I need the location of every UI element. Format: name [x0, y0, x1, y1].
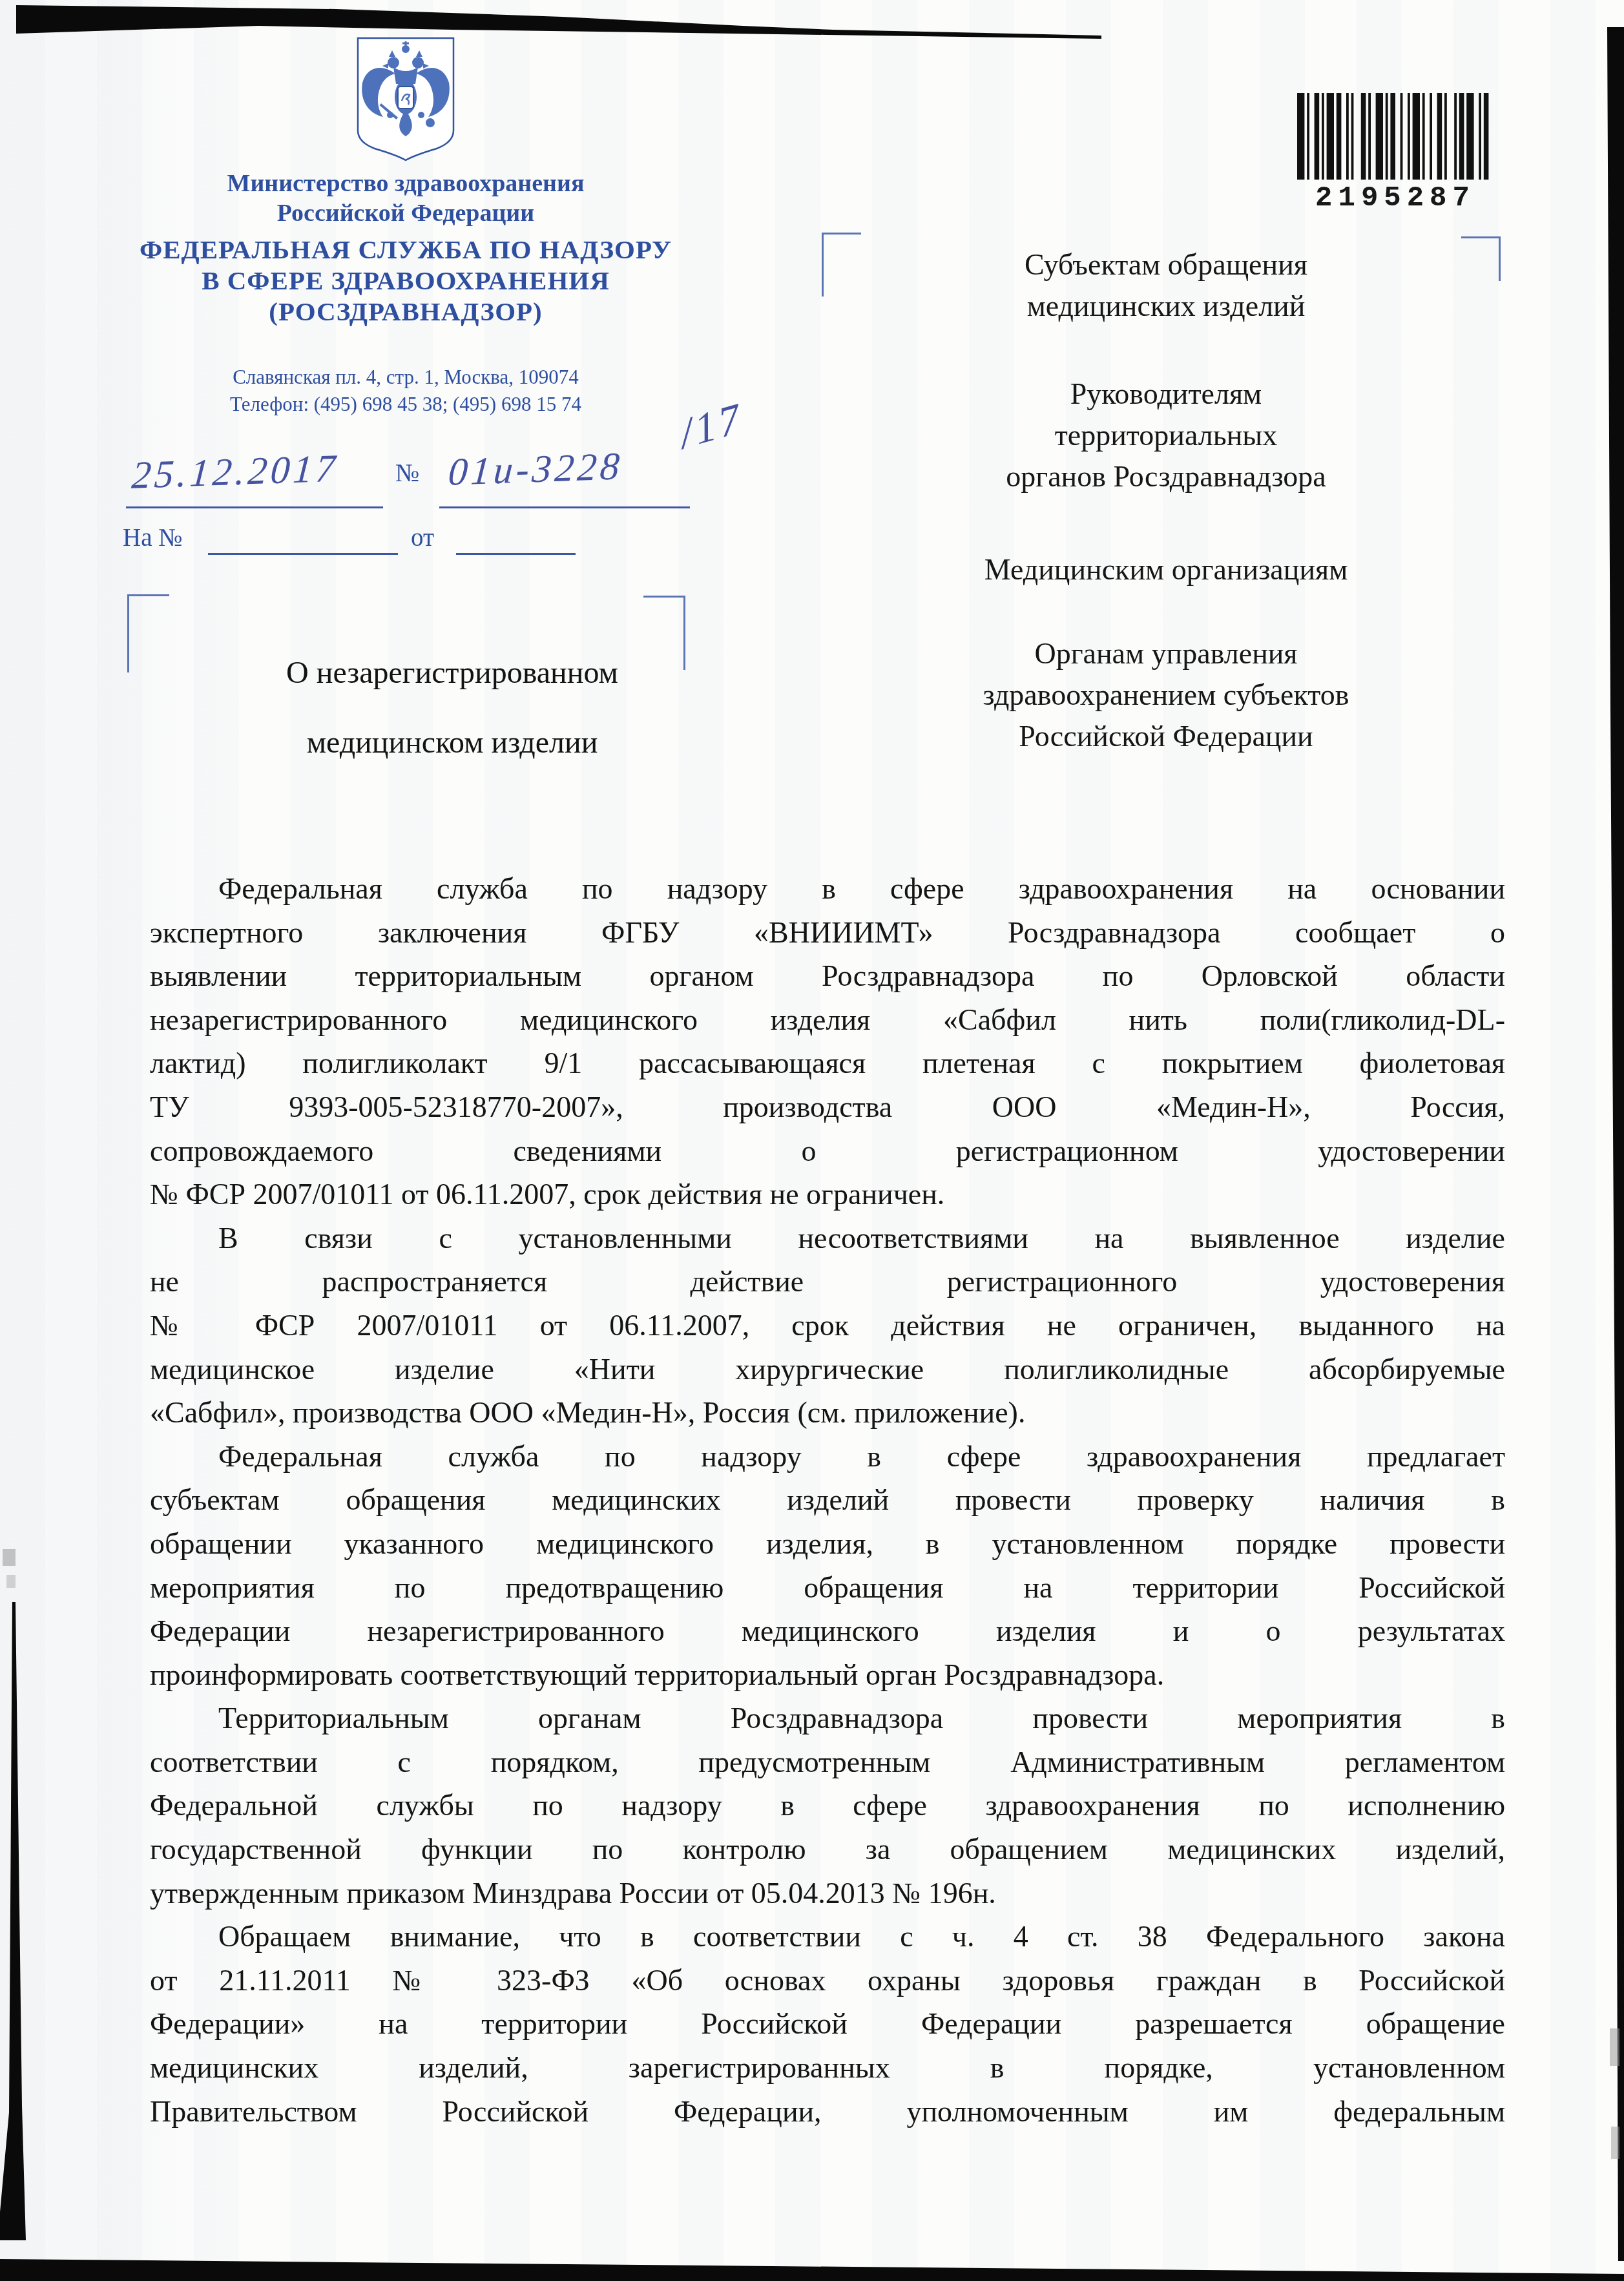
body-line: государственной функции по контролю за о… — [150, 1828, 1505, 1871]
body-line: обращении указанного медицинского издели… — [150, 1522, 1505, 1566]
body-line: лактид) полигликолакт 9/1 рассасывающаяс… — [150, 1041, 1505, 1085]
body-line: Территориальным органам Росздравнадзора … — [150, 1696, 1505, 1740]
letterhead-phone: Телефон: (495) 698 45 38; (495) 698 15 7… — [96, 393, 716, 416]
number-underline — [439, 506, 690, 508]
recipient-line: Российской Федерации — [826, 716, 1506, 757]
body-line: Федерации незарегистрированного медицинс… — [150, 1609, 1505, 1653]
body-line: сопровождаемого сведениями о регистрацио… — [150, 1129, 1505, 1173]
ministry-name-line1: Министерство здравоохранения — [96, 169, 716, 198]
body-line: субъектам обращения медицинских изделий … — [150, 1478, 1505, 1522]
recipient-line: медицинских изделий — [826, 286, 1506, 327]
date-underline — [126, 506, 383, 508]
body-line: медицинских изделий, зарегистрированных … — [150, 2046, 1505, 2090]
recipient-line: Органам управления — [826, 633, 1506, 674]
body-line: мероприятия по предотвращению обращения … — [150, 1566, 1505, 1610]
recipient-line: территориальных — [826, 415, 1506, 456]
body-line: утвержденным приказом Минздрава России о… — [150, 1871, 1505, 1915]
recipient-line: Субъектам обращения — [826, 244, 1506, 286]
body-line: ТУ 9393-005-52318770-2007», производства… — [150, 1085, 1505, 1129]
number-sign-label: № — [395, 459, 419, 488]
reply-number-underline — [208, 553, 398, 555]
barcode-bars — [1297, 93, 1494, 180]
barcode-number: 2195287 — [1297, 182, 1494, 214]
handwritten-number: 01и-3228 — [447, 444, 625, 495]
body-line: незарегистрированного медицинского издел… — [150, 998, 1505, 1042]
reply-date-underline — [456, 553, 576, 555]
recipient-line: органов Росздравнадзора — [826, 456, 1506, 497]
reply-number-label: На № — [123, 523, 182, 552]
body-line: № ФСР 2007/01011 от 06.11.2007, срок дей… — [150, 1172, 1505, 1216]
body-line: «Сабфил», производства ООО «Медин-Н», Ро… — [150, 1391, 1505, 1435]
barcode: 2195287 — [1297, 93, 1494, 214]
body-line: соответствии с порядком, предусмотренным… — [150, 1740, 1505, 1784]
recipient-group-4: Органам управленияздравоохранением субъе… — [826, 633, 1506, 757]
letter-body: Федеральная служба по надзору в сфере зд… — [150, 867, 1505, 2133]
recipient-group-2: Руководителямтерриториальныхорганов Росз… — [826, 373, 1506, 497]
service-name-line3: (РОСЗДРАВНАДЗОР) — [96, 296, 716, 327]
recipient-group-3: Медицинским организациям — [826, 549, 1506, 590]
body-line: проинформировать соответствующий террито… — [150, 1653, 1505, 1697]
body-line: Федеральной службы по надзору в сфере зд… — [150, 1784, 1505, 1828]
recipient-line: Руководителям — [826, 373, 1506, 415]
body-line: Федеральная служба по надзору в сфере зд… — [150, 1435, 1505, 1479]
reply-date-label: от — [411, 523, 434, 552]
recipient-line: Медицинским организациям — [826, 549, 1506, 590]
subject-line2: медицинском изделии — [194, 725, 711, 760]
body-line: Правительством Российской Федерации, упо… — [150, 2090, 1505, 2134]
ministry-name-line2: Российской Федерации — [96, 199, 716, 227]
body-line: не распространяется действие регистрацио… — [150, 1260, 1505, 1304]
body-line: Федеральная служба по надзору в сфере зд… — [150, 867, 1505, 911]
body-line: № ФСР 2007/01011 от 06.11.2007, срок дей… — [150, 1304, 1505, 1348]
document-page: Министерство здравоохранения Российской … — [0, 0, 1624, 2281]
body-line: от 21.11.2011 № 323-ФЗ «Об основах охран… — [150, 1959, 1505, 2003]
coat-of-arms-icon — [353, 36, 459, 163]
body-line: Обращаем внимание, что в соответствии с … — [150, 1915, 1505, 1959]
letterhead-address: Славянская пл. 4, стр. 1, Москва, 109074 — [96, 366, 716, 389]
service-name-line1: ФЕДЕРАЛЬНАЯ СЛУЖБА ПО НАДЗОРУ — [96, 234, 716, 265]
body-line: В связи с установленными несоответствиям… — [150, 1216, 1505, 1260]
recipient-group-1: Субъектам обращениямедицинских изделий — [826, 244, 1506, 327]
subject-line1: О незарегистрированном — [194, 655, 711, 691]
body-line: выявлении территориальным органом Росздр… — [150, 954, 1505, 998]
subject-corner-bracket-left — [127, 594, 169, 672]
body-line: Федерации» на территории Российской Феде… — [150, 2002, 1505, 2046]
recipient-line: здравоохранением субъектов — [826, 674, 1506, 716]
service-name-line2: В СФЕРЕ ЗДРАВООХРАНЕНИЯ — [96, 265, 716, 296]
body-line: медицинское изделие «Нити хирургические … — [150, 1348, 1505, 1391]
body-line: экспертного заключения ФГБУ «ВНИИИМТ» Ро… — [150, 911, 1505, 955]
handwritten-date: 25.12.2017 — [130, 446, 340, 497]
